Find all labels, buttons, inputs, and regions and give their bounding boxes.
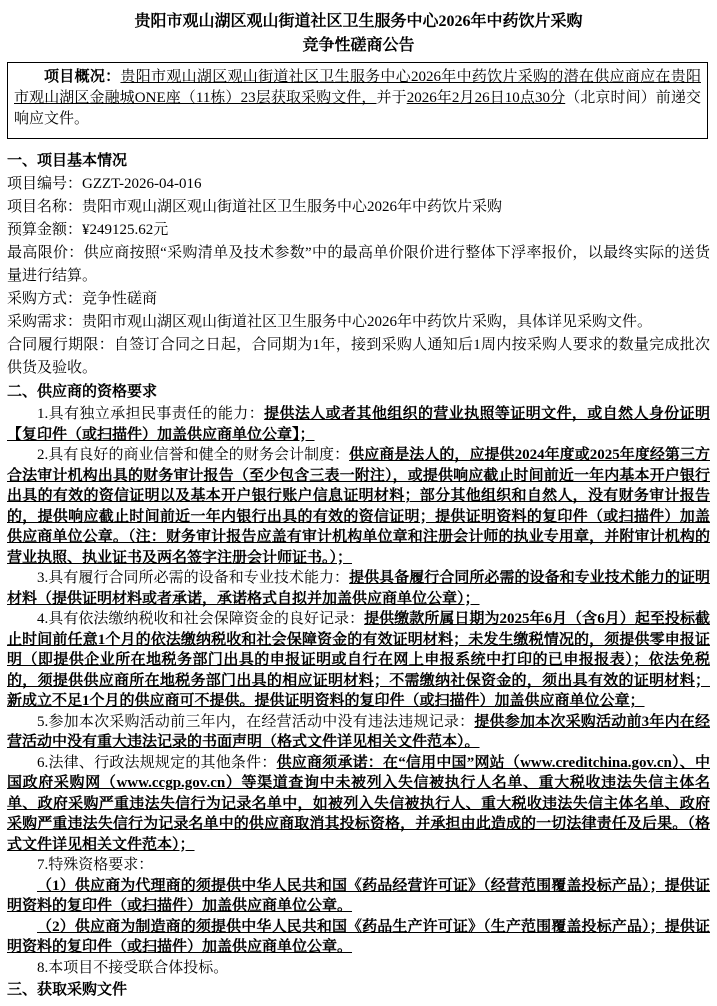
overview-label: 项目概况： xyxy=(44,69,120,85)
requirement-lead: 8.本项目不接受联合体投标。 xyxy=(37,960,228,976)
requirement-lead: 4.具有依法缴纳税收和社会保障资金的良好记录： xyxy=(37,611,364,627)
field-project-number: 项目编号：GZZT-2026-04-016 xyxy=(7,173,710,196)
document-subtitle: 竞争性磋商公告 xyxy=(7,34,710,58)
requirement-detail: 供应商是法人的，应提供2024年度或2025年度经第三方合法审计机构出具的财务审… xyxy=(7,447,710,566)
field-max-price-limit: 最高限价：供应商按照“采购清单及技术参数”中的最高单价限价进行整体下浮率报价，以… xyxy=(7,242,710,288)
project-overview-box: 项目概况：贵阳市观山湖区观山街道社区卫生服务中心2026年中药饮片采购的潜在供应… xyxy=(7,62,708,139)
section-supplier-qualifications: 二、供应商的资格要求 1.具有独立承担民事责任的能力：提供法人或者其他组织的营业… xyxy=(7,380,710,978)
requirement-item-3: 3.具有履行合同所必需的设备和专业技术能力：提供具备履行合同所必需的设备和专业技… xyxy=(7,568,710,609)
field-label: 采购需求： xyxy=(7,314,82,330)
field-label: 最高限价： xyxy=(7,245,84,261)
special-requirement-agent: （1）供应商为代理商的须提供中华人民共和国《药品经营许可证》（经营范围覆盖投标产… xyxy=(7,876,710,917)
overview-deadline: 2026年2月26日10点30分 xyxy=(407,90,565,106)
requirement-item-7: 7.特殊资格要求： xyxy=(7,855,710,876)
field-procurement-method: 采购方式：竞争性磋商 xyxy=(7,288,710,311)
field-value: ¥249125.62元 xyxy=(82,222,168,238)
field-value: 竞争性磋商 xyxy=(82,291,157,307)
requirement-item-2: 2.具有良好的商业信誉和健全的财务会计制度：供应商是法人的，应提供2024年度或… xyxy=(7,445,710,568)
field-label: 采购方式： xyxy=(7,291,82,307)
field-value: GZZT-2026-04-016 xyxy=(82,176,201,192)
requirement-item-6: 6.法律、行政法规规定的其他条件：供应商须承诺：在“信用中国”网站（www.cr… xyxy=(7,753,710,856)
field-label: 合同履行期限： xyxy=(7,337,114,353)
project-overview-paragraph: 项目概况：贵阳市观山湖区观山街道社区卫生服务中心2026年中药饮片采购的潜在供应… xyxy=(14,67,701,130)
requirement-lead: 1.具有独立承担民事责任的能力： xyxy=(37,406,264,422)
section-2-heading: 二、供应商的资格要求 xyxy=(7,380,710,404)
field-value: 贵阳市观山湖区观山街道社区卫生服务中心2026年中药饮片采购，具体详见采购文件。 xyxy=(82,314,652,330)
requirement-item-8: 8.本项目不接受联合体投标。 xyxy=(7,958,710,979)
field-label: 项目编号： xyxy=(7,176,82,192)
section-basic-info: 一、项目基本情况 项目编号：GZZT-2026-04-016 项目名称：贵阳市观… xyxy=(7,149,710,380)
special-requirement-manufacturer: （2）供应商为制造商的须提供中华人民共和国《药品生产许可证》（生产范围覆盖投标产… xyxy=(7,917,710,958)
field-label: 项目名称： xyxy=(7,199,82,215)
field-procurement-demand: 采购需求：贵阳市观山湖区观山街道社区卫生服务中心2026年中药饮片采购，具体详见… xyxy=(7,311,710,334)
announcement-document: 贵阳市观山湖区观山街道社区卫生服务中心2026年中药饮片采购 竞争性磋商公告 项… xyxy=(0,0,717,1006)
field-value: 供应商按照“采购清单及技术参数”中的最高单价限价进行整体下浮率报价，以最终实际的… xyxy=(7,245,710,284)
field-budget-amount: 预算金额：¥249125.62元 xyxy=(7,219,710,242)
document-title: 贵阳市观山湖区观山街道社区卫生服务中心2026年中药饮片采购 xyxy=(7,10,710,34)
requirement-item-5: 5.参加本次采购活动前三年内，在经营活动中没有违法违规记录：提供参加本次采购活动… xyxy=(7,712,710,753)
section-1-heading: 一、项目基本情况 xyxy=(7,149,710,173)
requirement-lead: 7.特殊资格要求： xyxy=(37,857,153,873)
requirement-lead: 6.法律、行政法规规定的其他条件： xyxy=(37,755,277,771)
requirement-item-1: 1.具有独立承担民事责任的能力：提供法人或者其他组织的营业执照等证明文件，或自然… xyxy=(7,404,710,445)
field-contract-period: 合同履行期限：自签订合同之日起，合同期为1年，接到采购人通知后1周内按采购人要求… xyxy=(7,334,710,380)
special-requirement-text: （2）供应商为制造商的须提供中华人民共和国《药品生产许可证》（生产范围覆盖投标产… xyxy=(7,919,710,956)
field-value: 贵阳市观山湖区观山街道社区卫生服务中心2026年中药饮片采购 xyxy=(82,199,502,215)
requirement-lead: 3.具有履行合同所必需的设备和专业技术能力： xyxy=(37,570,349,586)
requirement-lead: 5.参加本次采购活动前三年内，在经营活动中没有违法违规记录： xyxy=(37,714,474,730)
field-project-name: 项目名称：贵阳市观山湖区观山街道社区卫生服务中心2026年中药饮片采购 xyxy=(7,196,710,219)
special-requirement-text: （1）供应商为代理商的须提供中华人民共和国《药品经营许可证》（经营范围覆盖投标产… xyxy=(7,878,710,915)
field-label: 预算金额： xyxy=(7,222,82,238)
overview-connector-text: 并于 xyxy=(377,90,407,106)
section-3-heading: 三、获取采购文件 xyxy=(7,978,710,1002)
requirement-item-4: 4.具有依法缴纳税收和社会保障资金的良好记录：提供缴款所属日期为2025年6月（… xyxy=(7,609,710,712)
section-obtain-documents: 三、获取采购文件 xyxy=(7,978,710,1002)
requirement-lead: 2.具有良好的商业信誉和健全的财务会计制度： xyxy=(37,447,349,463)
